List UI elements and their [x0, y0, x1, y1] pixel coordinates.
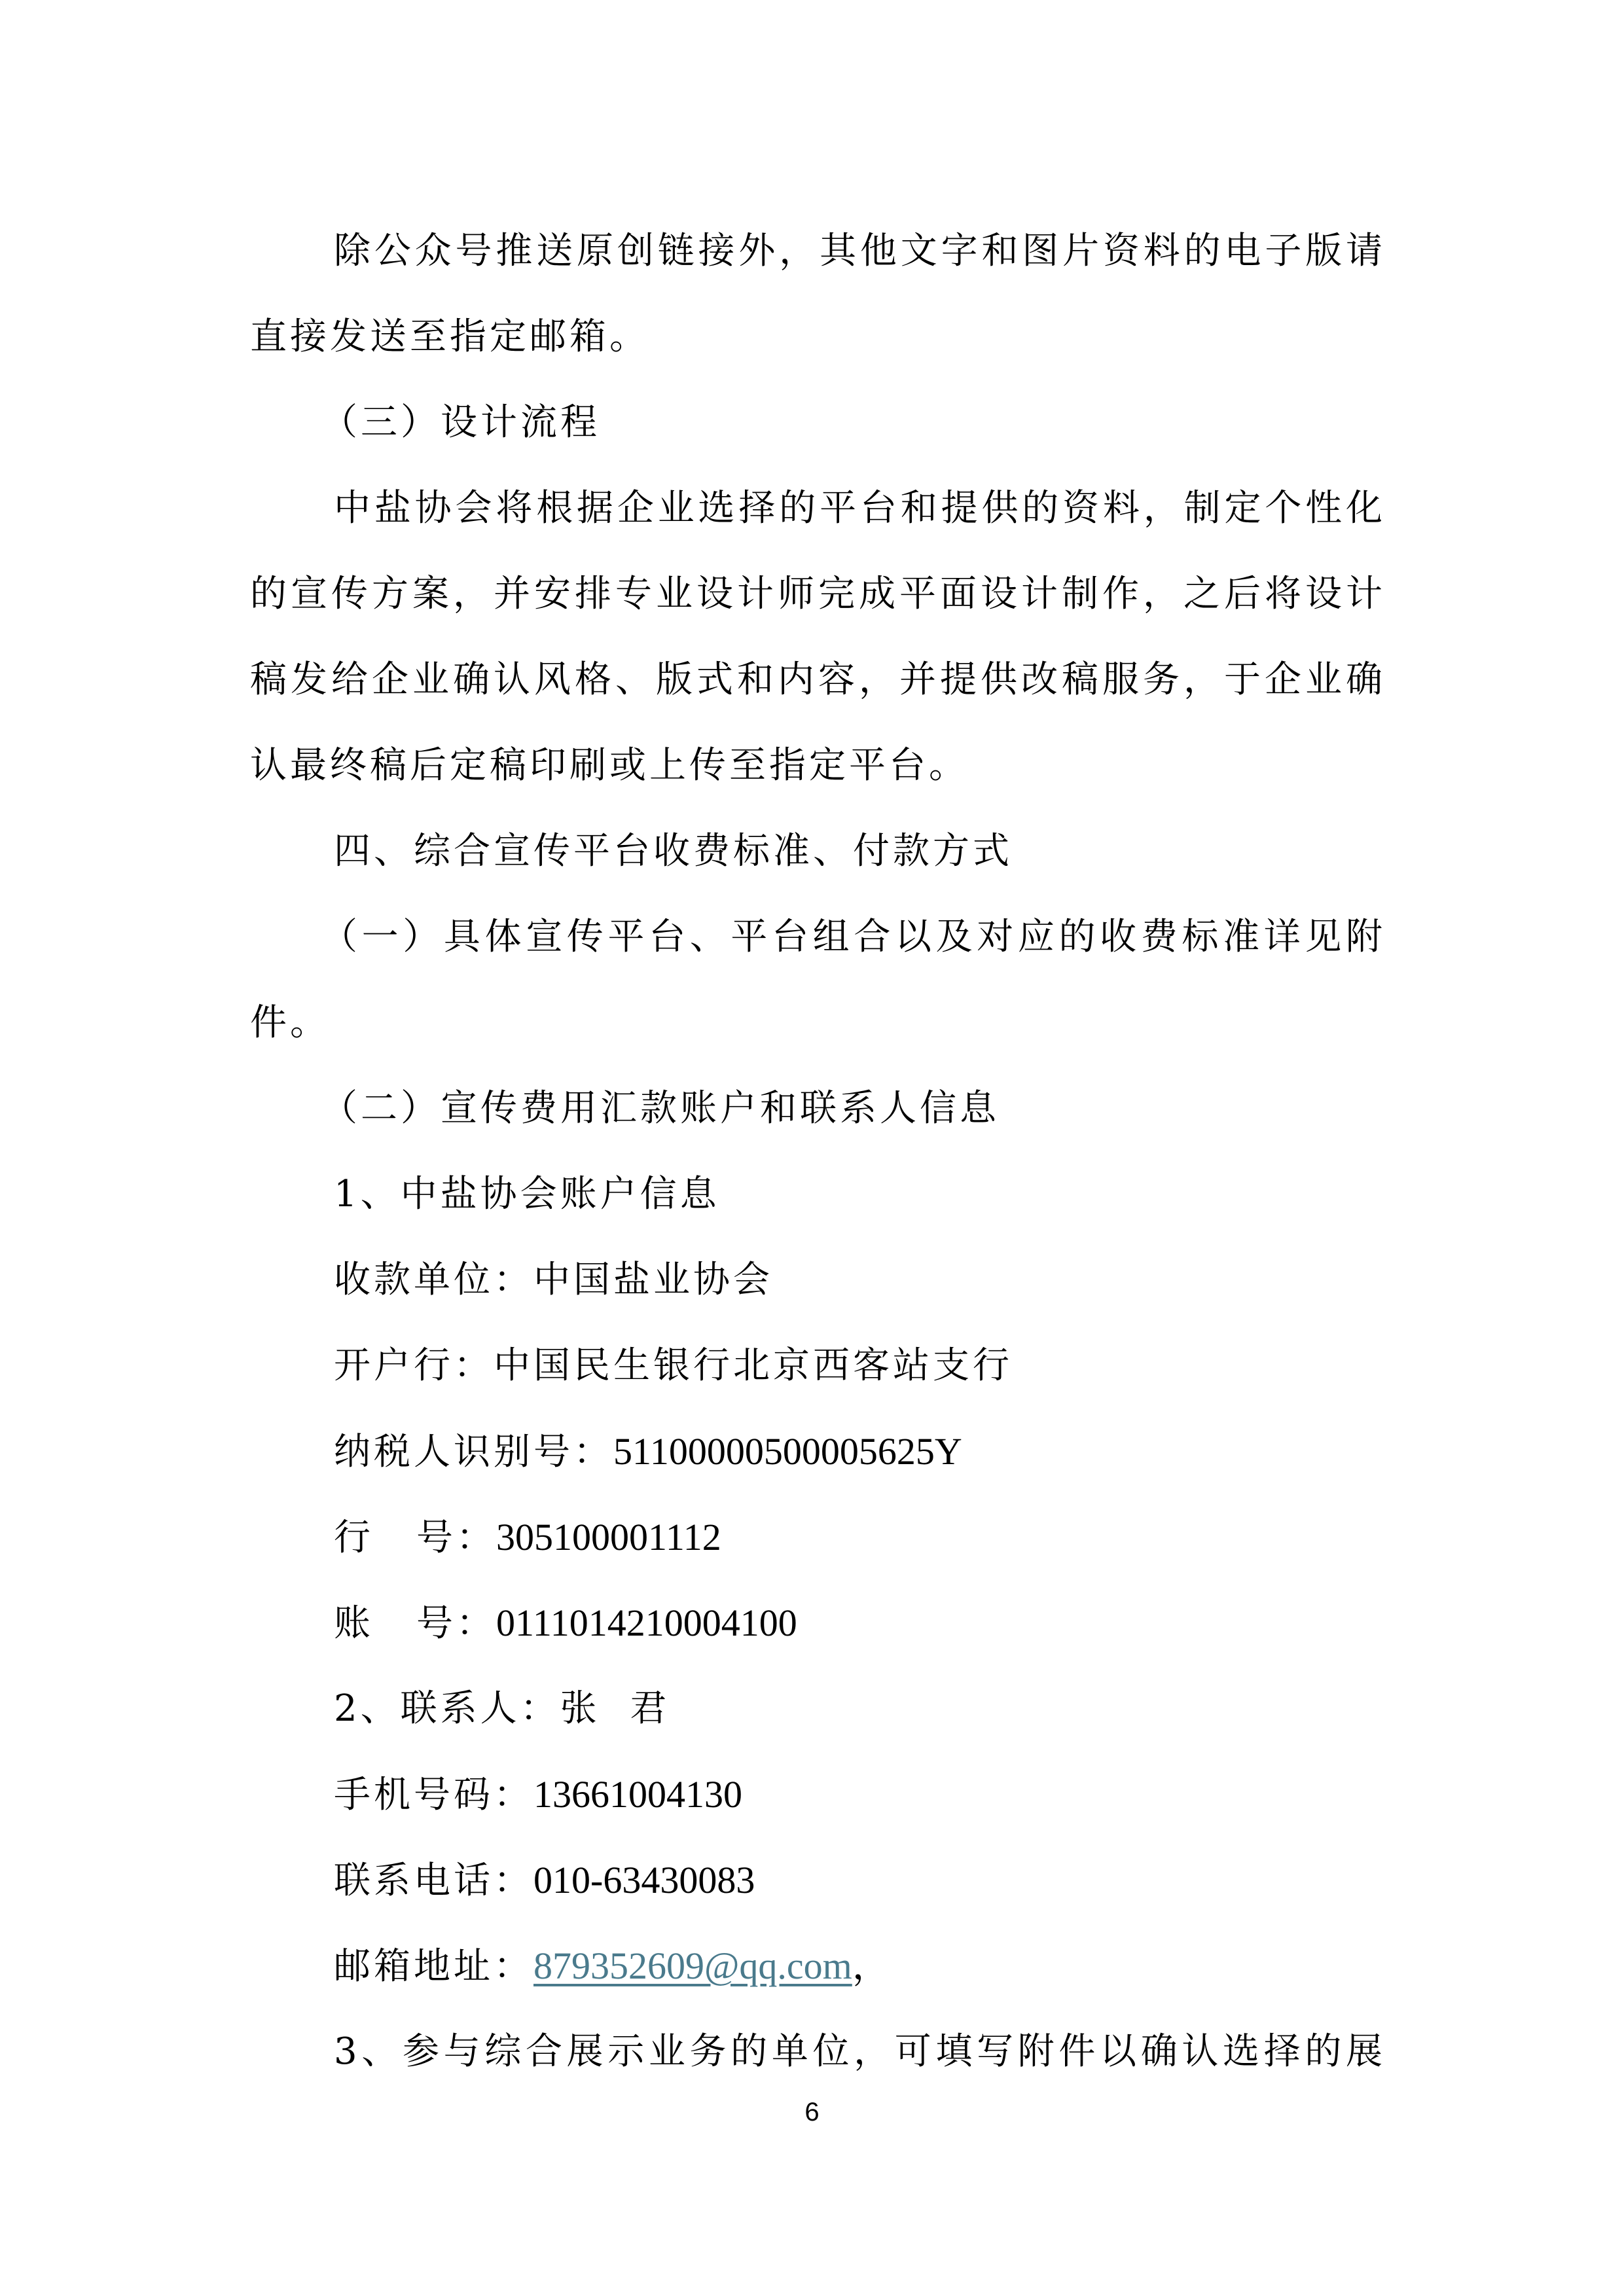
account-number-value: 0111014210004100 [496, 1602, 797, 1644]
bank-code-label-part1: 行 [334, 1495, 416, 1581]
bank-code-value: 305100001112 [496, 1516, 721, 1558]
phone-value: 010-63430083 [533, 1859, 755, 1901]
paragraph-line: 稿发给企业确认风格、版式和内容，并提供改稿服务，于企业确 [250, 637, 1382, 723]
paragraph-line: 除公众号推送原创链接外，其他文字和图片资料的电子版请 [250, 208, 1382, 294]
bank-code-label-part2: 号： [416, 1516, 496, 1559]
tax-id-row: 纳税人识别号：51100000500005625Y [250, 1408, 1382, 1494]
phone-row: 联系电话：010-63430083 [250, 1837, 1382, 1923]
document-page: 除公众号推送原创链接外，其他文字和图片资料的电子版请 直接发送至指定邮箱。 （三… [0, 0, 1624, 2296]
payee-value: 中国盐业协会 [533, 1259, 773, 1301]
account-number-label-part2: 号： [416, 1602, 496, 1645]
bank-label: 开户行： [334, 1344, 494, 1387]
bank-row: 开户行：中国民生银行北京西客站支行 [250, 1323, 1382, 1408]
paragraph-line: 的宣传方案，并安排专业设计师完成平面设计制作，之后将设计 [250, 551, 1382, 637]
email-label: 邮箱地址： [334, 1945, 533, 1988]
paragraph-line: 件。 [250, 980, 1382, 1066]
contact-person-row: 2、联系人：张 君 [250, 1666, 1382, 1751]
paragraph-line: 直接发送至指定邮箱。 [250, 294, 1382, 380]
payee-label: 收款单位： [334, 1259, 533, 1301]
email-row: 邮箱地址：879352609@qq.com， [250, 1923, 1382, 2009]
email-link[interactable]: 879352609@qq.com [533, 1945, 852, 1987]
payee-row: 收款单位：中国盐业协会 [250, 1237, 1382, 1323]
mobile-label: 手机号码： [334, 1774, 533, 1816]
paragraph-line: 中盐协会将根据企业选择的平台和提供的资料，制定个性化 [250, 465, 1382, 551]
account-number-label-part1: 账 [334, 1581, 416, 1666]
bank-value: 中国民生银行北京西客站支行 [494, 1344, 1013, 1387]
section-heading-design-process: （三）设计流程 [250, 380, 1453, 465]
section-heading-fees-payment: 四、综合宣传平台收费标准、付款方式 [250, 808, 1382, 894]
page-number: 6 [0, 2098, 1624, 2127]
section-heading-account-contact: （二）宣传费用汇款账户和联系人信息 [250, 1066, 1453, 1151]
mobile-row: 手机号码：13661004130 [250, 1751, 1382, 1837]
bank-code-row: 行号：305100001112 [250, 1494, 1382, 1580]
account-number-row: 账号：0111014210004100 [250, 1580, 1382, 1666]
subheading-account-info: 1、中盐协会账户信息 [250, 1151, 1382, 1237]
email-trailing-comma: ， [852, 1945, 890, 1987]
paragraph-line: 3、参与综合展示业务的单位，可填写附件以确认选择的展 [250, 2009, 1382, 2094]
tax-id-label: 纳税人识别号： [334, 1431, 613, 1473]
contact-person-name: 张 君 [560, 1687, 670, 1730]
contact-person-label: 2、联系人： [334, 1687, 560, 1730]
paragraph-line: （一）具体宣传平台、平台组合以及对应的收费标准详见附 [250, 894, 1382, 980]
tax-id-value: 51100000500005625Y [613, 1430, 962, 1473]
paragraph-line: 认最终稿后定稿印刷或上传至指定平台。 [250, 723, 1382, 808]
phone-label: 联系电话： [334, 1859, 533, 1902]
mobile-value: 13661004130 [533, 1773, 742, 1816]
